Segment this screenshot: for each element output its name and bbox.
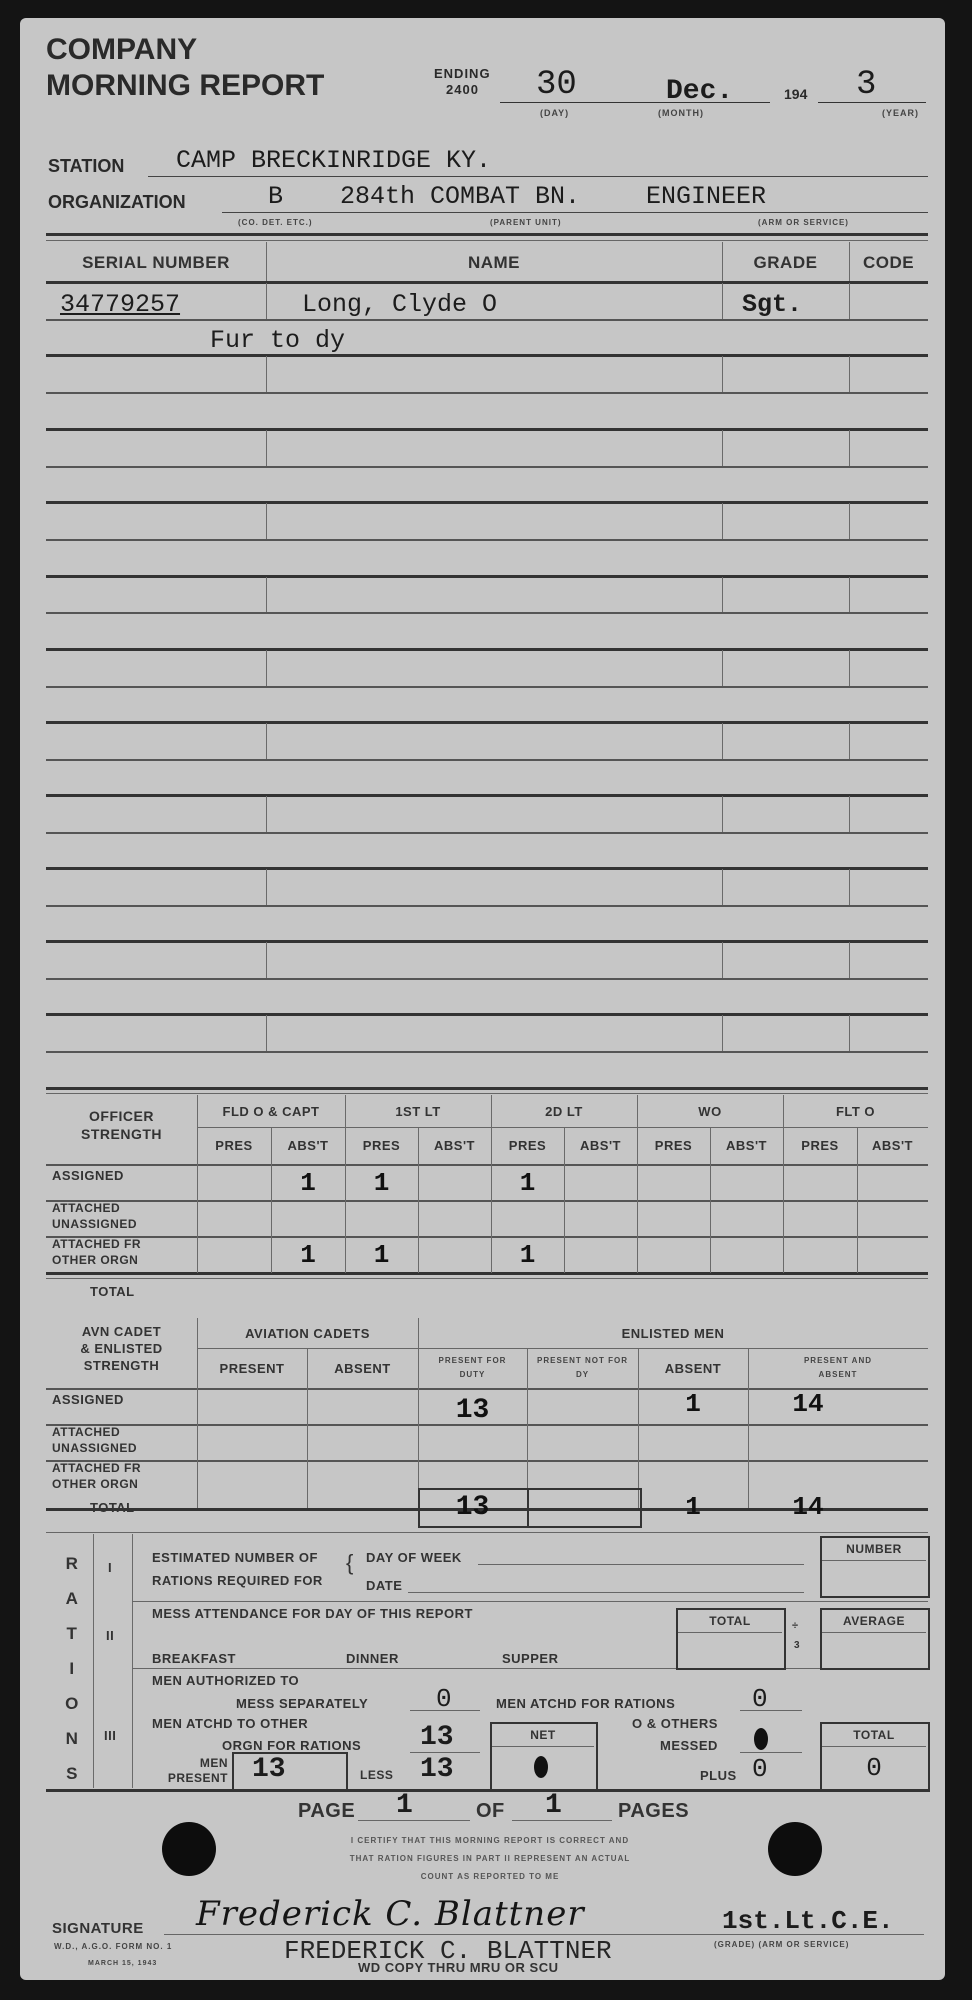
group-enlisted-men: ENLISTED MEN (418, 1318, 928, 1348)
men-atchd-rations-value: 0 (752, 1684, 768, 1714)
caption-parent-unit: (PARENT UNIT) (490, 218, 562, 227)
sub-em-present-not-for-dy: PRESENT NOT FOR DY (527, 1350, 638, 1386)
grade-caption: (GRADE) (ARM OR SERVICE) (714, 1940, 849, 1949)
mess-average-label: AVERAGE (822, 1610, 926, 1632)
officer-sub-abst: ABS'T (418, 1128, 491, 1162)
month-caption: (MONTH) (658, 108, 704, 118)
officer-row-attached-fr-other: ATTACHED FROTHER ORGN (52, 1236, 141, 1268)
page-label: PAGE (298, 1800, 355, 1823)
officer-group-wo: WO (637, 1096, 783, 1126)
punch-hole-left (162, 1822, 216, 1876)
page-value: 1 (396, 1790, 413, 1821)
form-date: MARCH 15, 1943 (88, 1960, 157, 1967)
officer-sub-pres: PRES (783, 1128, 857, 1162)
number-label: NUMBER (822, 1538, 926, 1560)
signature-handwriting: Frederick C. Blattner (196, 1894, 585, 1934)
rations-total-label: TOTAL (822, 1724, 926, 1746)
organization-label: ORGANIZATION (48, 192, 186, 213)
entry-remark: Fur to dy (210, 326, 345, 355)
sub-avn-absent: ABSENT (307, 1350, 418, 1386)
mess-separately-label2: MESS SEPARATELY (236, 1696, 368, 1711)
less-value: 13 (420, 1754, 454, 1785)
form-number: W.D., A.G.O. FORM NO. 1 (54, 1942, 172, 1951)
enlisted-strength-title: AVN CADET & ENLISTED STRENGTH (46, 1318, 197, 1378)
enlisted-row-attached-unassigned: ATTACHEDUNASSIGNED (52, 1424, 137, 1456)
em-total-present-and-absent: 14 (748, 1488, 868, 1526)
net-label: NET (492, 1724, 594, 1746)
officer-title-line2: STRENGTH (81, 1125, 162, 1143)
sub-em-present-and-absent: PRESENT AND ABSENT (748, 1350, 928, 1386)
caption-company: (CO. DET. ETC.) (238, 218, 313, 227)
divide-icon: ÷ (792, 1620, 799, 1632)
date-label: DATE (366, 1578, 402, 1593)
col-name: NAME (266, 246, 722, 280)
atchd-other-label2: ORGN FOR RATIONS (222, 1738, 361, 1753)
em-total-absent: 1 (638, 1488, 748, 1526)
atchd-other-label1: MEN ATCHD TO OTHER (152, 1716, 308, 1731)
officer-row-total: TOTAL (90, 1284, 135, 1299)
entry-grade: Sgt. (742, 290, 802, 319)
net-value (534, 1756, 548, 1778)
enlisted-row-attached-fr-other: ATTACHED FROTHER ORGN (52, 1460, 141, 1492)
officer-total-2d-lt-pres: 1 (491, 1238, 564, 1272)
officer-sub-pres: PRES (491, 1128, 564, 1162)
officer-sub-pres: PRES (197, 1128, 271, 1162)
part1-line1: ESTIMATED NUMBER OF (152, 1550, 318, 1565)
officer-group-2d-lt: 2D LT (491, 1096, 637, 1126)
of-label: OF (476, 1800, 505, 1823)
officer-sub-abst: ABS'T (857, 1128, 928, 1162)
less-label: LESS (360, 1768, 393, 1782)
enlisted-title-line3: STRENGTH (84, 1357, 160, 1374)
officer-row-attached-unassigned: ATTACHEDUNASSIGNED (52, 1200, 137, 1232)
signature-label: SIGNATURE (52, 1920, 144, 1937)
col-serial-number: SERIAL NUMBER (46, 246, 266, 280)
report-day: 30 (536, 66, 577, 104)
year-caption: (YEAR) (882, 108, 919, 118)
officer-strength-title: OFFICER STRENGTH (46, 1100, 197, 1150)
enlisted-title-line1: AVN CADET (82, 1323, 161, 1340)
ending-time: 2400 (446, 82, 479, 97)
entry-serial-number: 34779257 (60, 290, 180, 319)
part2-numeral: II (106, 1628, 114, 1643)
dinner-label: DINNER (346, 1651, 399, 1666)
sub-em-absent: ABSENT (638, 1350, 748, 1386)
certification-text: I CERTIFY THAT THIS MORNING REPORT IS CO… (260, 1832, 720, 1886)
copy-note: WD COPY THRU MRU OR SCU (358, 1960, 558, 1975)
day-caption: (DAY) (540, 108, 569, 118)
em-assigned-present-duty: 13 (418, 1390, 527, 1430)
report-month: Dec. (666, 76, 733, 107)
officer-sub-pres: PRES (637, 1128, 710, 1162)
men-present-value: 13 (252, 1754, 286, 1785)
atchd-other-value: 13 (420, 1722, 454, 1753)
mess-separately-value: 0 (436, 1684, 452, 1714)
col-grade: GRADE (722, 246, 849, 280)
divide-by: 3 (794, 1640, 800, 1651)
ending-label: ENDING (434, 66, 491, 81)
officer-row-assigned: ASSIGNED (52, 1168, 124, 1183)
officer-total-1st-lt-pres: 1 (345, 1238, 418, 1272)
organization-arm-service: ENGINEER (646, 182, 766, 211)
punch-hole-right (768, 1822, 822, 1876)
part3-numeral: III (104, 1728, 116, 1743)
part1-numeral: I (108, 1560, 112, 1575)
officer-sub-abst: ABS'T (271, 1128, 345, 1162)
officer-assigned-1st-lt-pres: 1 (345, 1166, 418, 1200)
sub-avn-present: PRESENT (197, 1350, 307, 1386)
form-title-line2: MORNING REPORT (46, 70, 324, 102)
officer-assigned-fld-capt-abst: 1 (271, 1166, 345, 1200)
officer-sub-abst: ABS'T (564, 1128, 637, 1162)
year-prefix: 194 (784, 86, 807, 102)
officer-assigned-2d-lt-pres: 1 (491, 1166, 564, 1200)
station-value: CAMP BRECKINRIDGE KY. (176, 146, 491, 175)
pages-value: 1 (545, 1790, 562, 1821)
officer-group-1st-lt: 1ST LT (345, 1096, 491, 1126)
officer-group-fld-capt: FLD O & CAPT (197, 1096, 345, 1126)
officer-sub-pres: PRES (345, 1128, 418, 1162)
supper-label: SUPPER (502, 1651, 558, 1666)
mess-attendance-title: MESS ATTENDANCE FOR DAY OF THIS REPORT (152, 1606, 473, 1621)
group-aviation-cadets: AVIATION CADETS (197, 1318, 418, 1348)
others-messed-label1: O & OTHERS (632, 1716, 718, 1731)
plus-value: 0 (752, 1754, 768, 1784)
rations-vertical-label: RATIONS (64, 1546, 80, 1791)
others-messed-value (754, 1728, 768, 1750)
sub-em-present-for-duty: PRESENT FOR DUTY (418, 1350, 527, 1386)
breakfast-label: BREAKFAST (152, 1651, 236, 1666)
men-atchd-rations-label: MEN ATCHD FOR RATIONS (496, 1696, 675, 1711)
officer-sub-abst: ABS'T (710, 1128, 783, 1162)
men-present-box (232, 1752, 348, 1792)
officer-title-line1: OFFICER (89, 1107, 154, 1125)
officer-total-fld-capt-abst: 1 (271, 1238, 345, 1272)
caption-arm-service: (ARM OR SERVICE) (758, 218, 849, 227)
report-year: 3 (856, 66, 876, 104)
organization-parent-unit: 284th COMBAT BN. (340, 182, 580, 211)
brace-icon: { (346, 1550, 354, 1576)
col-code: CODE (849, 246, 928, 280)
em-assigned-absent: 1 (638, 1386, 748, 1422)
plus-label: PLUS (700, 1768, 737, 1783)
enlisted-row-total: TOTAL (90, 1500, 135, 1515)
em-assigned-present-and-absent: 14 (748, 1386, 868, 1422)
day-of-week-label: DAY OF WEEK (366, 1550, 462, 1565)
entry-name: Long, Clyde O (302, 290, 497, 319)
others-messed-label2: MESSED (660, 1738, 718, 1753)
grade-service-value: 1st.Lt.C.E. (722, 1906, 894, 1936)
men-present-label: MENPRESENT (150, 1756, 228, 1786)
part1-line2: RATIONS REQUIRED FOR (152, 1573, 323, 1588)
officer-group-flt-o: FLT O (783, 1096, 928, 1126)
station-label: STATION (48, 156, 124, 177)
mess-separately-label1: MEN AUTHORIZED TO (152, 1673, 299, 1688)
organization-company: B (268, 182, 283, 211)
form-title-line1: COMPANY (46, 34, 197, 66)
enlisted-title-line2: & ENLISTED (80, 1340, 162, 1357)
enlisted-row-assigned: ASSIGNED (52, 1392, 124, 1407)
mess-total-label: TOTAL (678, 1610, 782, 1632)
pages-label: PAGES (618, 1800, 689, 1823)
em-total-present-duty: 13 (418, 1488, 527, 1526)
rations-total-value: 0 (822, 1750, 926, 1786)
